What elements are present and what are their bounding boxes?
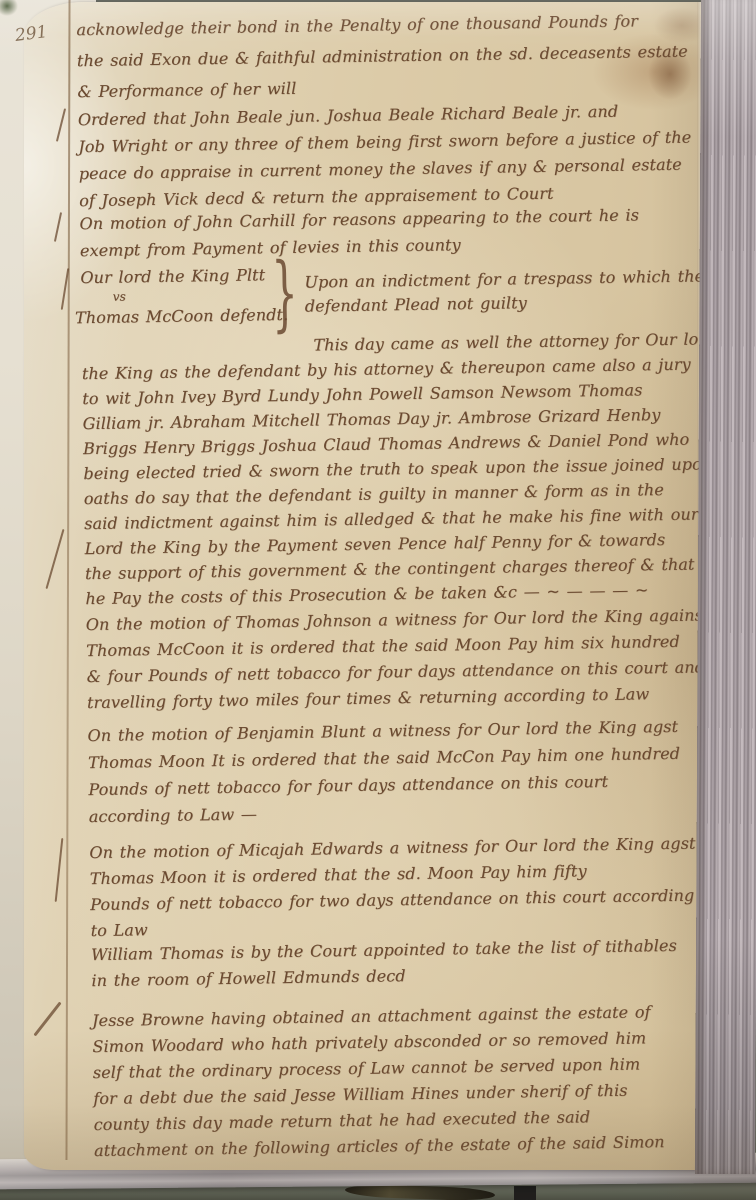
paragraph: This day came as well the attorney for O… [81,326,725,611]
caption-brace: } [271,253,298,335]
paragraph: On the motion of Micajah Edwards a witne… [89,830,731,944]
paragraph: On the motion of Thomas Johnson a witnes… [86,602,728,716]
caption-charge: Upon an indictment for a trespass to whi… [304,264,725,319]
paragraph: On the motion of Benjamin Blunt a witnes… [87,712,729,830]
caption-defendant: Thomas McCoon defendt. [75,305,289,327]
manuscript-photo: 291 Our lord the King Pltt vs Thomas McC… [0,0,756,1200]
manuscript-text: Our lord the King Pltt vs Thomas McCoon … [0,0,756,1200]
paragraph: On motion of John Carhill for reasons ap… [79,200,720,264]
fore-edge-pages [695,0,756,1174]
corner-spot [0,0,18,16]
caption-versus: vs [113,289,126,303]
paragraph: acknowledge their bond in the Penalty of… [76,4,717,107]
caption-plaintiff: Our lord the King Pltt [80,265,265,287]
paragraph: Ordered that John Beale jun. Joshua Beal… [78,96,720,214]
paragraph: William Thomas is by the Court appointed… [91,932,732,994]
paragraph: Jesse Browne having obtained an attachme… [92,998,734,1164]
